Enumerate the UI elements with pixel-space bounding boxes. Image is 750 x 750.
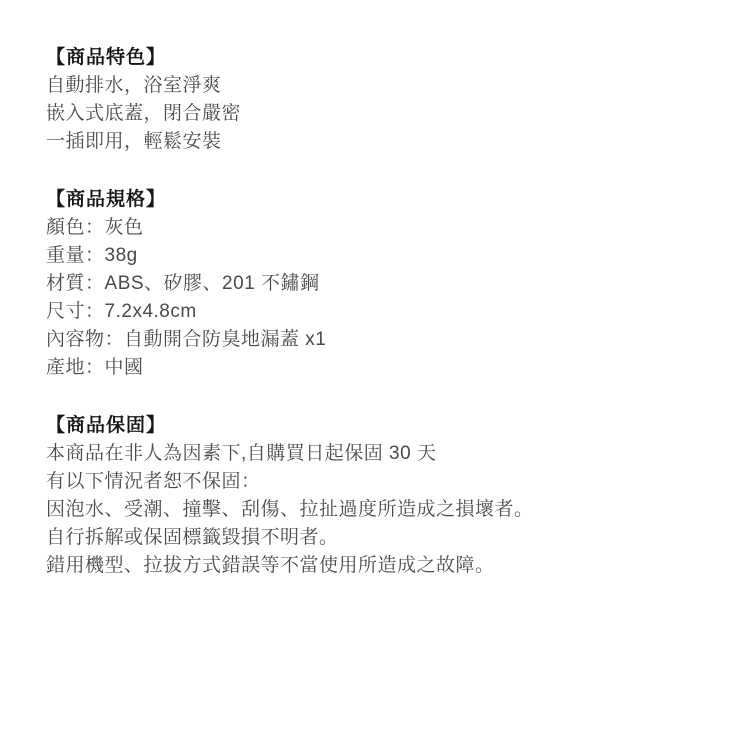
spec-value: ABS、矽膠、201 不鏽鋼	[105, 273, 320, 294]
spec-row-contents: 內容物：自動開合防臭地漏蓋 x1	[46, 326, 710, 354]
spec-row-color: 顏色：灰色	[46, 214, 710, 242]
spec-label: 材質	[46, 273, 85, 294]
spec-row-material: 材質：ABS、矽膠、201 不鏽鋼	[46, 270, 710, 298]
section-warranty: 【商品保固】 本商品在非人為因素下,自購買日起保固 30 天 有以下情況者恕不保…	[46, 412, 710, 580]
spec-value: 灰色	[105, 217, 144, 238]
spec-row-weight: 重量：38g	[46, 242, 710, 270]
spec-label: 顏色	[46, 217, 85, 238]
spec-label: 尺寸	[46, 301, 85, 322]
spec-label: 重量	[46, 245, 85, 266]
section-features: 【商品特色】 自動排水，浴室淨爽 嵌入式底蓋，閉合嚴密 一插即用，輕鬆安裝	[46, 44, 710, 156]
feature-line: 嵌入式底蓋，閉合嚴密	[46, 100, 710, 128]
feature-line: 一插即用，輕鬆安裝	[46, 128, 710, 156]
spec-colon: ：	[85, 217, 105, 238]
warranty-line: 有以下情況者恕不保固：	[46, 468, 710, 496]
warranty-line: 自行拆解或保固標籤毀損不明者。	[46, 524, 710, 552]
spec-value: 7.2x4.8cm	[105, 301, 197, 322]
section-specs: 【商品規格】 顏色：灰色 重量：38g 材質：ABS、矽膠、201 不鏽鋼 尺寸…	[46, 186, 710, 382]
spec-row-size: 尺寸：7.2x4.8cm	[46, 298, 710, 326]
spec-colon: ：	[105, 329, 125, 350]
spec-value: 自動開合防臭地漏蓋 x1	[124, 329, 326, 350]
warranty-heading: 【商品保固】	[46, 412, 710, 440]
specs-heading: 【商品規格】	[46, 186, 710, 214]
product-description-page: 【商品特色】 自動排水，浴室淨爽 嵌入式底蓋，閉合嚴密 一插即用，輕鬆安裝 【商…	[0, 0, 750, 750]
feature-line: 自動排水，浴室淨爽	[46, 72, 710, 100]
spec-colon: ：	[85, 245, 105, 266]
warranty-line: 錯用機型、拉拔方式錯誤等不當使用所造成之故障。	[46, 552, 710, 580]
spec-colon: ：	[85, 357, 105, 378]
spec-value: 中國	[105, 357, 144, 378]
spec-row-origin: 產地：中國	[46, 354, 710, 382]
spec-label: 產地	[46, 357, 85, 378]
spec-colon: ：	[85, 301, 105, 322]
warranty-line: 因泡水、受潮、撞擊、刮傷、拉扯過度所造成之損壞者。	[46, 496, 710, 524]
spec-label: 內容物	[46, 329, 105, 350]
spec-value: 38g	[105, 245, 138, 266]
warranty-line: 本商品在非人為因素下,自購買日起保固 30 天	[46, 440, 710, 468]
spec-colon: ：	[85, 273, 105, 294]
features-heading: 【商品特色】	[46, 44, 710, 72]
